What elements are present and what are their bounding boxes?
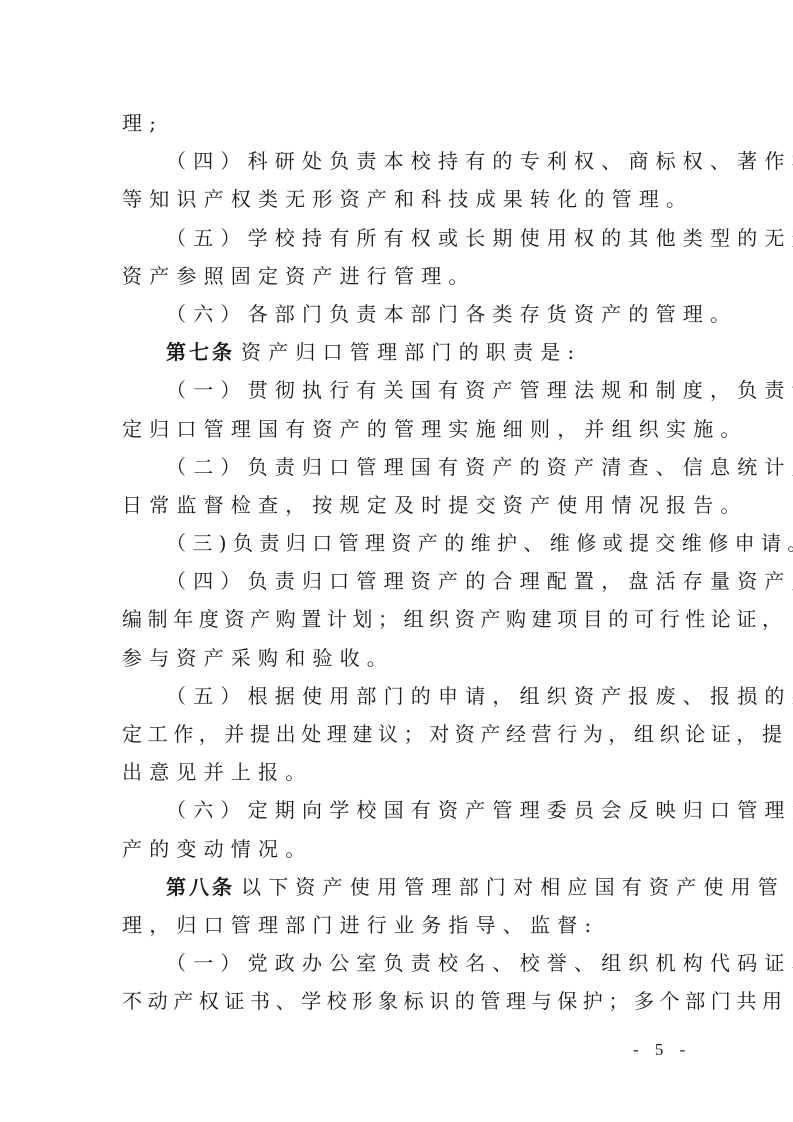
- text-line: 参与资产采购和验收。: [122, 639, 682, 677]
- document-page: 理; （四）科研处负责本校持有的专利权、商标权、著作权 等知识产权类无形资产和科…: [0, 0, 793, 1122]
- clause-paragraph-2: （二）负责归口管理国有资产的资产清查、信息统计及: [122, 448, 682, 486]
- article-text: 以下资产使用管理部门对相应国有资产使用管: [241, 875, 785, 899]
- text-line: 理，归口管理部门进行业务指导、监督:: [122, 906, 682, 944]
- document-body: 理; （四）科研处负责本校持有的专利权、商标权、著作权 等知识产权类无形资产和科…: [122, 104, 682, 1021]
- clause-paragraph-5: （五）学校持有所有权或长期使用权的其他类型的无形: [122, 219, 682, 257]
- text-line: 定工作，并提出处理建议；对资产经营行为，组织论证，提: [122, 715, 682, 753]
- clause-paragraph-6: （六）各部门负责本部门各类存货资产的管理。: [122, 295, 682, 333]
- article-text: 资产归口管理部门的职责是:: [241, 340, 581, 364]
- clause-paragraph-5b: （五）根据使用部门的申请，组织资产报废、报损的鉴: [122, 677, 682, 715]
- text-line: 出意见并上报。: [122, 753, 682, 791]
- text-line: 理;: [122, 104, 682, 142]
- clause-paragraph-1b: （一）党政办公室负责校名、校誉、组织机构代码证、: [122, 944, 682, 982]
- text-line: 编制年度资产购置计划；组织资产购建项目的可行性论证，: [122, 600, 682, 638]
- page-number: - 5 -: [633, 1040, 691, 1060]
- text-line: 等知识产权类无形资产和科技成果转化的管理。: [122, 180, 682, 218]
- clause-paragraph-1: （一）贯彻执行有关国有资产管理法规和制度，负责制: [122, 371, 682, 409]
- clause-paragraph-4: （四）科研处负责本校持有的专利权、商标权、著作权: [122, 142, 682, 180]
- clause-paragraph-4b: （四）负责归口管理资产的合理配置，盘活存量资产;: [122, 562, 682, 600]
- text-line: 资产参照固定资产进行管理。: [122, 257, 682, 295]
- text-line: 日常监督检查，按规定及时提交资产使用情况报告。: [122, 486, 682, 524]
- article-heading: 第八条: [166, 875, 235, 899]
- clause-paragraph-3: （三)负责归口管理资产的维护、维修或提交维修申请。: [122, 524, 682, 562]
- clause-paragraph-6b: （六）定期向学校国有资产管理委员会反映归口管理资: [122, 791, 682, 829]
- text-line: 产的变动情况。: [122, 830, 682, 868]
- article-heading: 第七条: [166, 340, 235, 364]
- article-7: 第七条资产归口管理部门的职责是:: [122, 333, 682, 371]
- article-8: 第八条以下资产使用管理部门对相应国有资产使用管: [122, 868, 682, 906]
- text-line: 不动产权证书、学校形象标识的管理与保护；多个部门共用: [122, 982, 682, 1020]
- text-line: 定归口管理国有资产的管理实施细则，并组织实施。: [122, 410, 682, 448]
